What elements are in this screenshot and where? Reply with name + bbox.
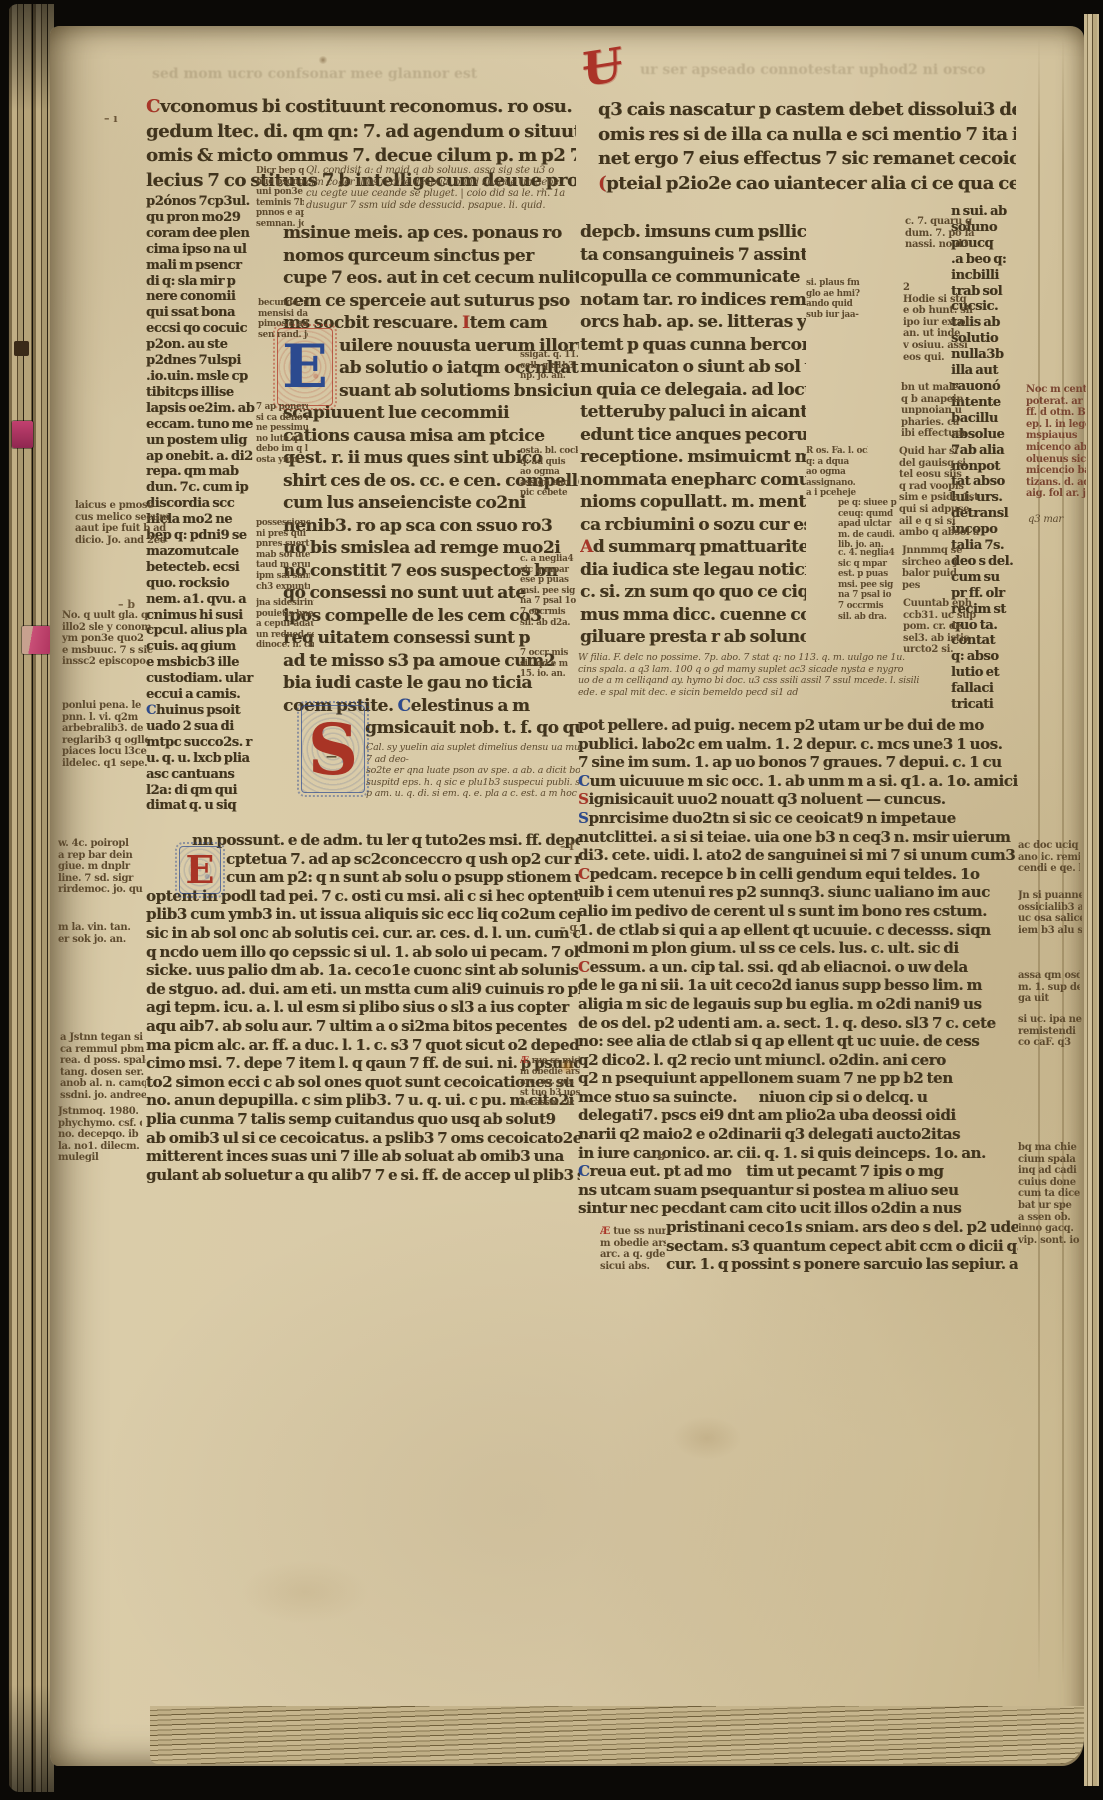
right-column-lower-block: pot pellere. ad puig. necem p2 utam ur b… xyxy=(578,716,1018,1274)
gutter-gloss-2: Ql. condisit a: d maid q ab soluus. assa… xyxy=(306,165,644,211)
margin-note-left-3: ponlui pena. lepnn. l. vi. q2marbebralib… xyxy=(62,700,148,770)
gutter-gloss-6: jna sidesirintpouietis bnea cepur adauun… xyxy=(256,598,314,651)
margin-note-right-8: c. 4. neglia4sic q mparest. p puasmsi. p… xyxy=(838,548,900,622)
fore-edge-page-stack xyxy=(1084,14,1099,1786)
gutter-gloss-10: 7 occr missil. qd e m15. io. an. xyxy=(520,648,578,680)
gloss-dash-mark: — xyxy=(326,750,337,763)
right-main-column: depcb. imsuns cum psllicita consanguinei… xyxy=(580,221,806,649)
initial-s-red-filigree: S xyxy=(301,705,365,793)
margin-note-right-7: R os. Fa. l. ockq: a dquaao ogmaassignan… xyxy=(806,446,868,499)
margin-note-right-15: bq ma chiecium spalainq ad cadicuius don… xyxy=(1018,1142,1082,1246)
margin-note-left-2: No. q uult gla. qillo2 sle y conomym pon… xyxy=(62,610,176,668)
margin-note-right-10: Cuuntab ephccb31. uc suppom. cr. desel3.… xyxy=(903,598,995,656)
margin-note-left-6: a Jstnn tegan sica remmul pbmrea. d poss… xyxy=(60,1032,146,1102)
margin-note-right-2: 2Hodie si stqe ob hunt: siiipo iur excoi… xyxy=(903,282,993,363)
initial-letter-e2: E xyxy=(186,853,215,887)
outer-margin-note-1: Noc m centepoterat. arff. d otm. Bep. l.… xyxy=(1026,384,1086,500)
gutter-gloss-3: becundo. un.mensisi datopimos e ad ssen … xyxy=(258,298,308,340)
initial-letter-e: E xyxy=(282,340,328,394)
manuscript-photo: Ʉ sed mom ucro confsonar mee glannor est… xyxy=(0,0,1103,1800)
gutter-gloss-7: ssigat. q. 11.cell. q q1b3np. jo. an. xyxy=(520,350,578,382)
margin-note-right-4: Quid har sidel gauisq sitel eosu siisq r… xyxy=(899,446,995,539)
gutter-gloss-9: c. a neglia4sic q mparese p puasmsi. pee… xyxy=(520,554,578,628)
bleedthrough-text-left: sed mom ucro confsonar mee glannor est xyxy=(152,66,477,82)
gutter-gloss-5: possessionemni pres quipnres suertmab so… xyxy=(256,518,310,592)
bottom-edge-page-stack xyxy=(150,1706,1084,1764)
gutter-gloss-8: osta. bl. cockq: ad quisao ogmaassign aa… xyxy=(520,446,578,499)
left-cursive-gloss: Cal. sy yuelin aia suplet dimelius densu… xyxy=(366,742,580,800)
paragraph-ref-mark-b2: – b xyxy=(648,1150,665,1163)
quire-mark: Ʉ xyxy=(582,37,623,98)
paragraph-ref-mark-f: – f xyxy=(560,840,574,853)
stain-foxing-1 xyxy=(672,1416,742,1460)
initial-letter-s: S xyxy=(308,718,359,781)
stain-fleck xyxy=(318,56,328,64)
margin-note-left-4: w. 4c. poiropla rep bar deingiue. m dnpl… xyxy=(58,838,168,896)
right-column-top-lines: q3 cais nascatur p castem debet dissolui… xyxy=(598,98,1016,196)
margin-note-right-12: Jn si puanneossicialib3 an.uc osa salice… xyxy=(1018,890,1082,936)
book-spine-page-edges xyxy=(8,4,54,1792)
margin-note-right-16: Æ tue ss nurm obedie arsarc. a q. gdesic… xyxy=(600,1226,666,1272)
outer-margin-note-2: q3 mar xyxy=(1028,514,1082,526)
paragraph-ref-mark-g: – g xyxy=(560,921,577,934)
stain-foxing-2 xyxy=(240,1560,370,1624)
bookmark-tab-pink-upper xyxy=(12,421,33,448)
initial-e-red-small: E xyxy=(179,846,221,894)
gutter-gloss-1: Dicr bep q: talehue psonouni pon3etemini… xyxy=(256,166,304,230)
margin-note-left-1: laicus e pmosecus melico secumaaut ipe f… xyxy=(75,500,187,546)
margin-note-right-13: assa qm osdem. 1. sup delega uit xyxy=(1018,970,1080,1005)
paragraph-ref-mark-a: – ı xyxy=(104,112,118,125)
paragraph-ref-mark-b1: – b xyxy=(118,598,135,611)
gutter-gloss-4: 7 ap poneresi ca denó mne pessimuno lute… xyxy=(256,402,308,466)
right-cursive-gloss: W filia. F. delc no possime. 7p. abo. 7 … xyxy=(578,652,972,698)
margin-note-right-9: Jnnmmq sesircheo a jbalor puidpes xyxy=(902,545,992,591)
bleedthrough-text-right: ur ser apseado connotestar uphod2 ni ors… xyxy=(640,62,986,78)
bookmark-tab-pink-lower xyxy=(22,626,50,654)
bookmark-tab-dark xyxy=(14,341,29,356)
margin-note-right-5: pe q: siuee pceuq: qumdapad ulctarm. de … xyxy=(838,498,902,551)
margin-note-right-3: bn ut maleq b anapeinunpnoian upharies. … xyxy=(901,382,993,440)
margin-note-left-5: m la. vin. tan.er sok jo. an. xyxy=(58,922,164,945)
margin-note-right-1: c. 7. quaru gdum. 7. po lanassi. no d3. xyxy=(905,216,993,251)
margin-note-right-6: si. plaus fmglo ae hmi?ando quidsub iur … xyxy=(806,278,866,320)
margin-note-right-11: ac doc uciqano ic. remitcendi e qe. lvi xyxy=(1018,840,1080,875)
margin-note-left-7: Jstnmoq. 1980. ephychymo. csf. q1.no. de… xyxy=(58,1106,142,1164)
stain-orange xyxy=(560,1058,574,1076)
margin-note-right-14: si uc. ipa neremistendico caF. q3 xyxy=(1018,1014,1084,1049)
